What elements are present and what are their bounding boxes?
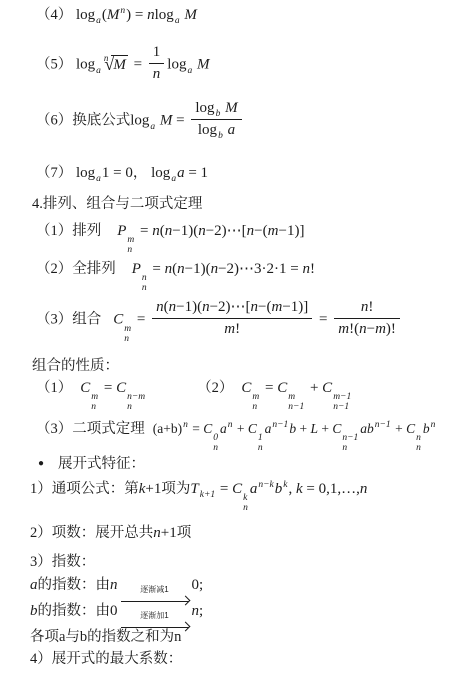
expansion-features-bullet: ●展开式特征：: [38, 455, 145, 474]
full-permutation-formula: （2）全排列Pnn = n(n−1)(n−2)⋯3·2·1 = n!: [36, 260, 315, 294]
log-rule-7: （7） loga1 = 0， logaa = 1: [36, 164, 208, 183]
formula-sheet-page: （4） loga(Mn) = nloga M（5） logan√M = 1nlo…: [0, 0, 452, 681]
a-exponent-rule: a的指数：由n逐渐减10;: [30, 576, 203, 602]
general-term-formula: 1）通项公式：第k+1项为Tk+1 = Cknan−kbk, k = 0,1,……: [30, 480, 367, 514]
exponents-label: 3）指数：: [30, 553, 95, 572]
log-rule-4: （4） loga(Mn) = nloga M: [36, 6, 197, 25]
term-count: 2）项数：展开总共n+1项: [30, 524, 191, 543]
log-rule-5: （5） logan√M = 1nloga M: [36, 45, 209, 86]
section-heading: 4.排列、组合与二项式定理: [32, 195, 202, 214]
combination-properties-label: 组合的性质：: [32, 357, 119, 376]
binomial-theorem: （3）二项式定理(a+b)n = C0nan + C1nan−1b + L + …: [36, 420, 436, 454]
b-exponent-rule: b的指数：由0逐渐加1n;: [30, 602, 203, 628]
exponent-sum-note: 各项a与b的指数之和为n: [30, 628, 181, 647]
combination-formula: （3）组合Cmn = n(n−1)(n−2)⋯[n−(m−1)]m! = n!m…: [36, 300, 403, 345]
permutation-formula: （1）排列Pmn = n(n−1)(n−2)⋯[n−(m−1)]: [36, 222, 304, 256]
labeled-arrow-icon: 逐渐加1: [121, 612, 189, 628]
log-rule-6-change-of-base: （6）换底公式loga M = logb Mlogb a: [36, 101, 245, 142]
combination-property-formulas: （1）Cmn = Cn−mn（2）Cmn = Cmn−1 + Cm−1n−1: [36, 379, 353, 413]
labeled-arrow-icon: 逐渐减1: [121, 586, 189, 602]
max-coefficient-label: 4）展开式的最大系数：: [30, 650, 182, 669]
